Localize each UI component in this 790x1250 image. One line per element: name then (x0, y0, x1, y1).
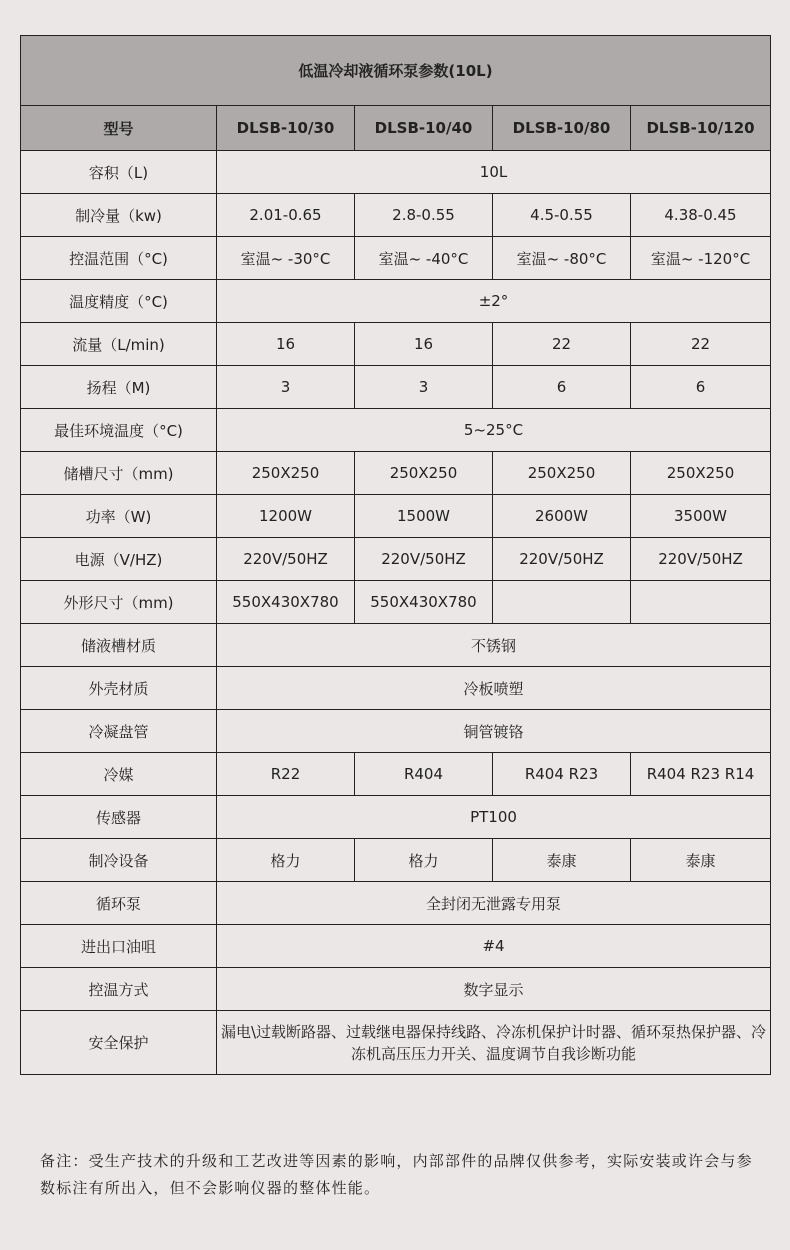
row-label: 温度精度（°C) (21, 280, 217, 323)
row-label: 最佳环境温度（°C) (21, 409, 217, 452)
row-value: R404 R23 (493, 753, 631, 796)
row-value: 6 (493, 366, 631, 409)
row-value: 2.8-0.55 (355, 194, 493, 237)
row-value: 16 (217, 323, 355, 366)
row-label: 循环泵 (21, 882, 217, 925)
row-label: 储槽尺寸（mm) (21, 452, 217, 495)
row-value: 2600W (493, 495, 631, 538)
row-value: 4.38-0.45 (631, 194, 771, 237)
row-value: 格力 (217, 839, 355, 882)
row-value: 250X250 (493, 452, 631, 495)
row-value: 漏电\过载断路器、过载继电器保持线路、冷冻机保护计时器、循环泵热保护器、冷冻机高… (217, 1011, 771, 1075)
table-row: 控温范围（°C)室温~ -30°C室温~ -40°C室温~ -80°C室温~ -… (21, 237, 771, 280)
row-value: 250X250 (217, 452, 355, 495)
table-row: 电源（V/HZ)220V/50HZ220V/50HZ220V/50HZ220V/… (21, 538, 771, 581)
table-row: 进出口油咀#4 (21, 925, 771, 968)
table-row: 控温方式数字显示 (21, 968, 771, 1011)
row-value: 16 (355, 323, 493, 366)
row-value: 室温~ -30°C (217, 237, 355, 280)
row-value: 4.5-0.55 (493, 194, 631, 237)
row-label: 冷凝盘管 (21, 710, 217, 753)
row-value: 室温~ -40°C (355, 237, 493, 280)
row-value: R404 (355, 753, 493, 796)
table-row: 流量（L/min)16162222 (21, 323, 771, 366)
table-row: 储槽尺寸（mm)250X250250X250250X250250X250 (21, 452, 771, 495)
row-value: 220V/50HZ (493, 538, 631, 581)
row-label: 制冷设备 (21, 839, 217, 882)
row-value (493, 581, 631, 624)
spec-table: 低温冷却液循环泵参数(10L) 型号 DLSB-10/30 DLSB-10/40… (20, 35, 771, 1075)
row-value: 泰康 (631, 839, 771, 882)
row-value: 250X250 (631, 452, 771, 495)
row-value: 全封闭无泄露专用泵 (217, 882, 771, 925)
row-label: 电源（V/HZ) (21, 538, 217, 581)
row-value: R404 R23 R14 (631, 753, 771, 796)
row-label: 储液槽材质 (21, 624, 217, 667)
table-row: 储液槽材质不锈钢 (21, 624, 771, 667)
row-label: 进出口油咀 (21, 925, 217, 968)
row-value: 1500W (355, 495, 493, 538)
model-header: DLSB-10/40 (355, 106, 493, 151)
row-value: 室温~ -120°C (631, 237, 771, 280)
row-label: 容积（L) (21, 151, 217, 194)
row-value: 22 (493, 323, 631, 366)
table-row: 扬程（M)3366 (21, 366, 771, 409)
row-value: 22 (631, 323, 771, 366)
row-value: 3500W (631, 495, 771, 538)
row-label: 冷媒 (21, 753, 217, 796)
row-value: R22 (217, 753, 355, 796)
row-value: 铜管镀铬 (217, 710, 771, 753)
row-value (631, 581, 771, 624)
row-value: ±2° (217, 280, 771, 323)
row-value: 220V/50HZ (631, 538, 771, 581)
row-label: 传感器 (21, 796, 217, 839)
model-header: DLSB-10/120 (631, 106, 771, 151)
row-label: 功率（W) (21, 495, 217, 538)
footnote: 备注：受生产技术的升级和工艺改进等因素的影响，内部部件的品牌仅供参考，实际安装或… (40, 1148, 760, 1202)
header-label: 型号 (21, 106, 217, 151)
row-value: 格力 (355, 839, 493, 882)
table-row: 冷媒R22R404R404 R23R404 R23 R14 (21, 753, 771, 796)
row-value: 3 (217, 366, 355, 409)
row-value: 6 (631, 366, 771, 409)
row-value: 数字显示 (217, 968, 771, 1011)
row-value: 10L (217, 151, 771, 194)
row-value: 550X430X780 (217, 581, 355, 624)
table-row: 循环泵全封闭无泄露专用泵 (21, 882, 771, 925)
row-label: 外壳材质 (21, 667, 217, 710)
row-value: 250X250 (355, 452, 493, 495)
table-row: 功率（W)1200W1500W2600W3500W (21, 495, 771, 538)
row-label: 安全保护 (21, 1011, 217, 1075)
row-label: 外形尺寸（mm) (21, 581, 217, 624)
row-value: 5~25°C (217, 409, 771, 452)
table-row: 传感器PT100 (21, 796, 771, 839)
row-value: 冷板喷塑 (217, 667, 771, 710)
table-row: 容积（L)10L (21, 151, 771, 194)
table-row: 外壳材质冷板喷塑 (21, 667, 771, 710)
model-header: DLSB-10/30 (217, 106, 355, 151)
row-label: 扬程（M) (21, 366, 217, 409)
row-label: 控温方式 (21, 968, 217, 1011)
row-value: 不锈钢 (217, 624, 771, 667)
table-row: 安全保护漏电\过载断路器、过载继电器保持线路、冷冻机保护计时器、循环泵热保护器、… (21, 1011, 771, 1075)
table-row: 制冷量（kw)2.01-0.652.8-0.554.5-0.554.38-0.4… (21, 194, 771, 237)
row-label: 流量（L/min) (21, 323, 217, 366)
table-title: 低温冷却液循环泵参数(10L) (21, 36, 771, 106)
row-value: 3 (355, 366, 493, 409)
table-row: 外形尺寸（mm)550X430X780550X430X780 (21, 581, 771, 624)
row-value: PT100 (217, 796, 771, 839)
row-value: 550X430X780 (355, 581, 493, 624)
row-label: 控温范围（°C) (21, 237, 217, 280)
row-value: 220V/50HZ (355, 538, 493, 581)
row-value: 室温~ -80°C (493, 237, 631, 280)
row-value: 2.01-0.65 (217, 194, 355, 237)
row-value: 泰康 (493, 839, 631, 882)
table-row: 温度精度（°C)±2° (21, 280, 771, 323)
header-row: 型号 DLSB-10/30 DLSB-10/40 DLSB-10/80 DLSB… (21, 106, 771, 151)
row-value: #4 (217, 925, 771, 968)
row-value: 220V/50HZ (217, 538, 355, 581)
table-row: 最佳环境温度（°C)5~25°C (21, 409, 771, 452)
row-value: 1200W (217, 495, 355, 538)
row-label: 制冷量（kw) (21, 194, 217, 237)
table-row: 制冷设备格力格力泰康泰康 (21, 839, 771, 882)
table-row: 冷凝盘管铜管镀铬 (21, 710, 771, 753)
model-header: DLSB-10/80 (493, 106, 631, 151)
